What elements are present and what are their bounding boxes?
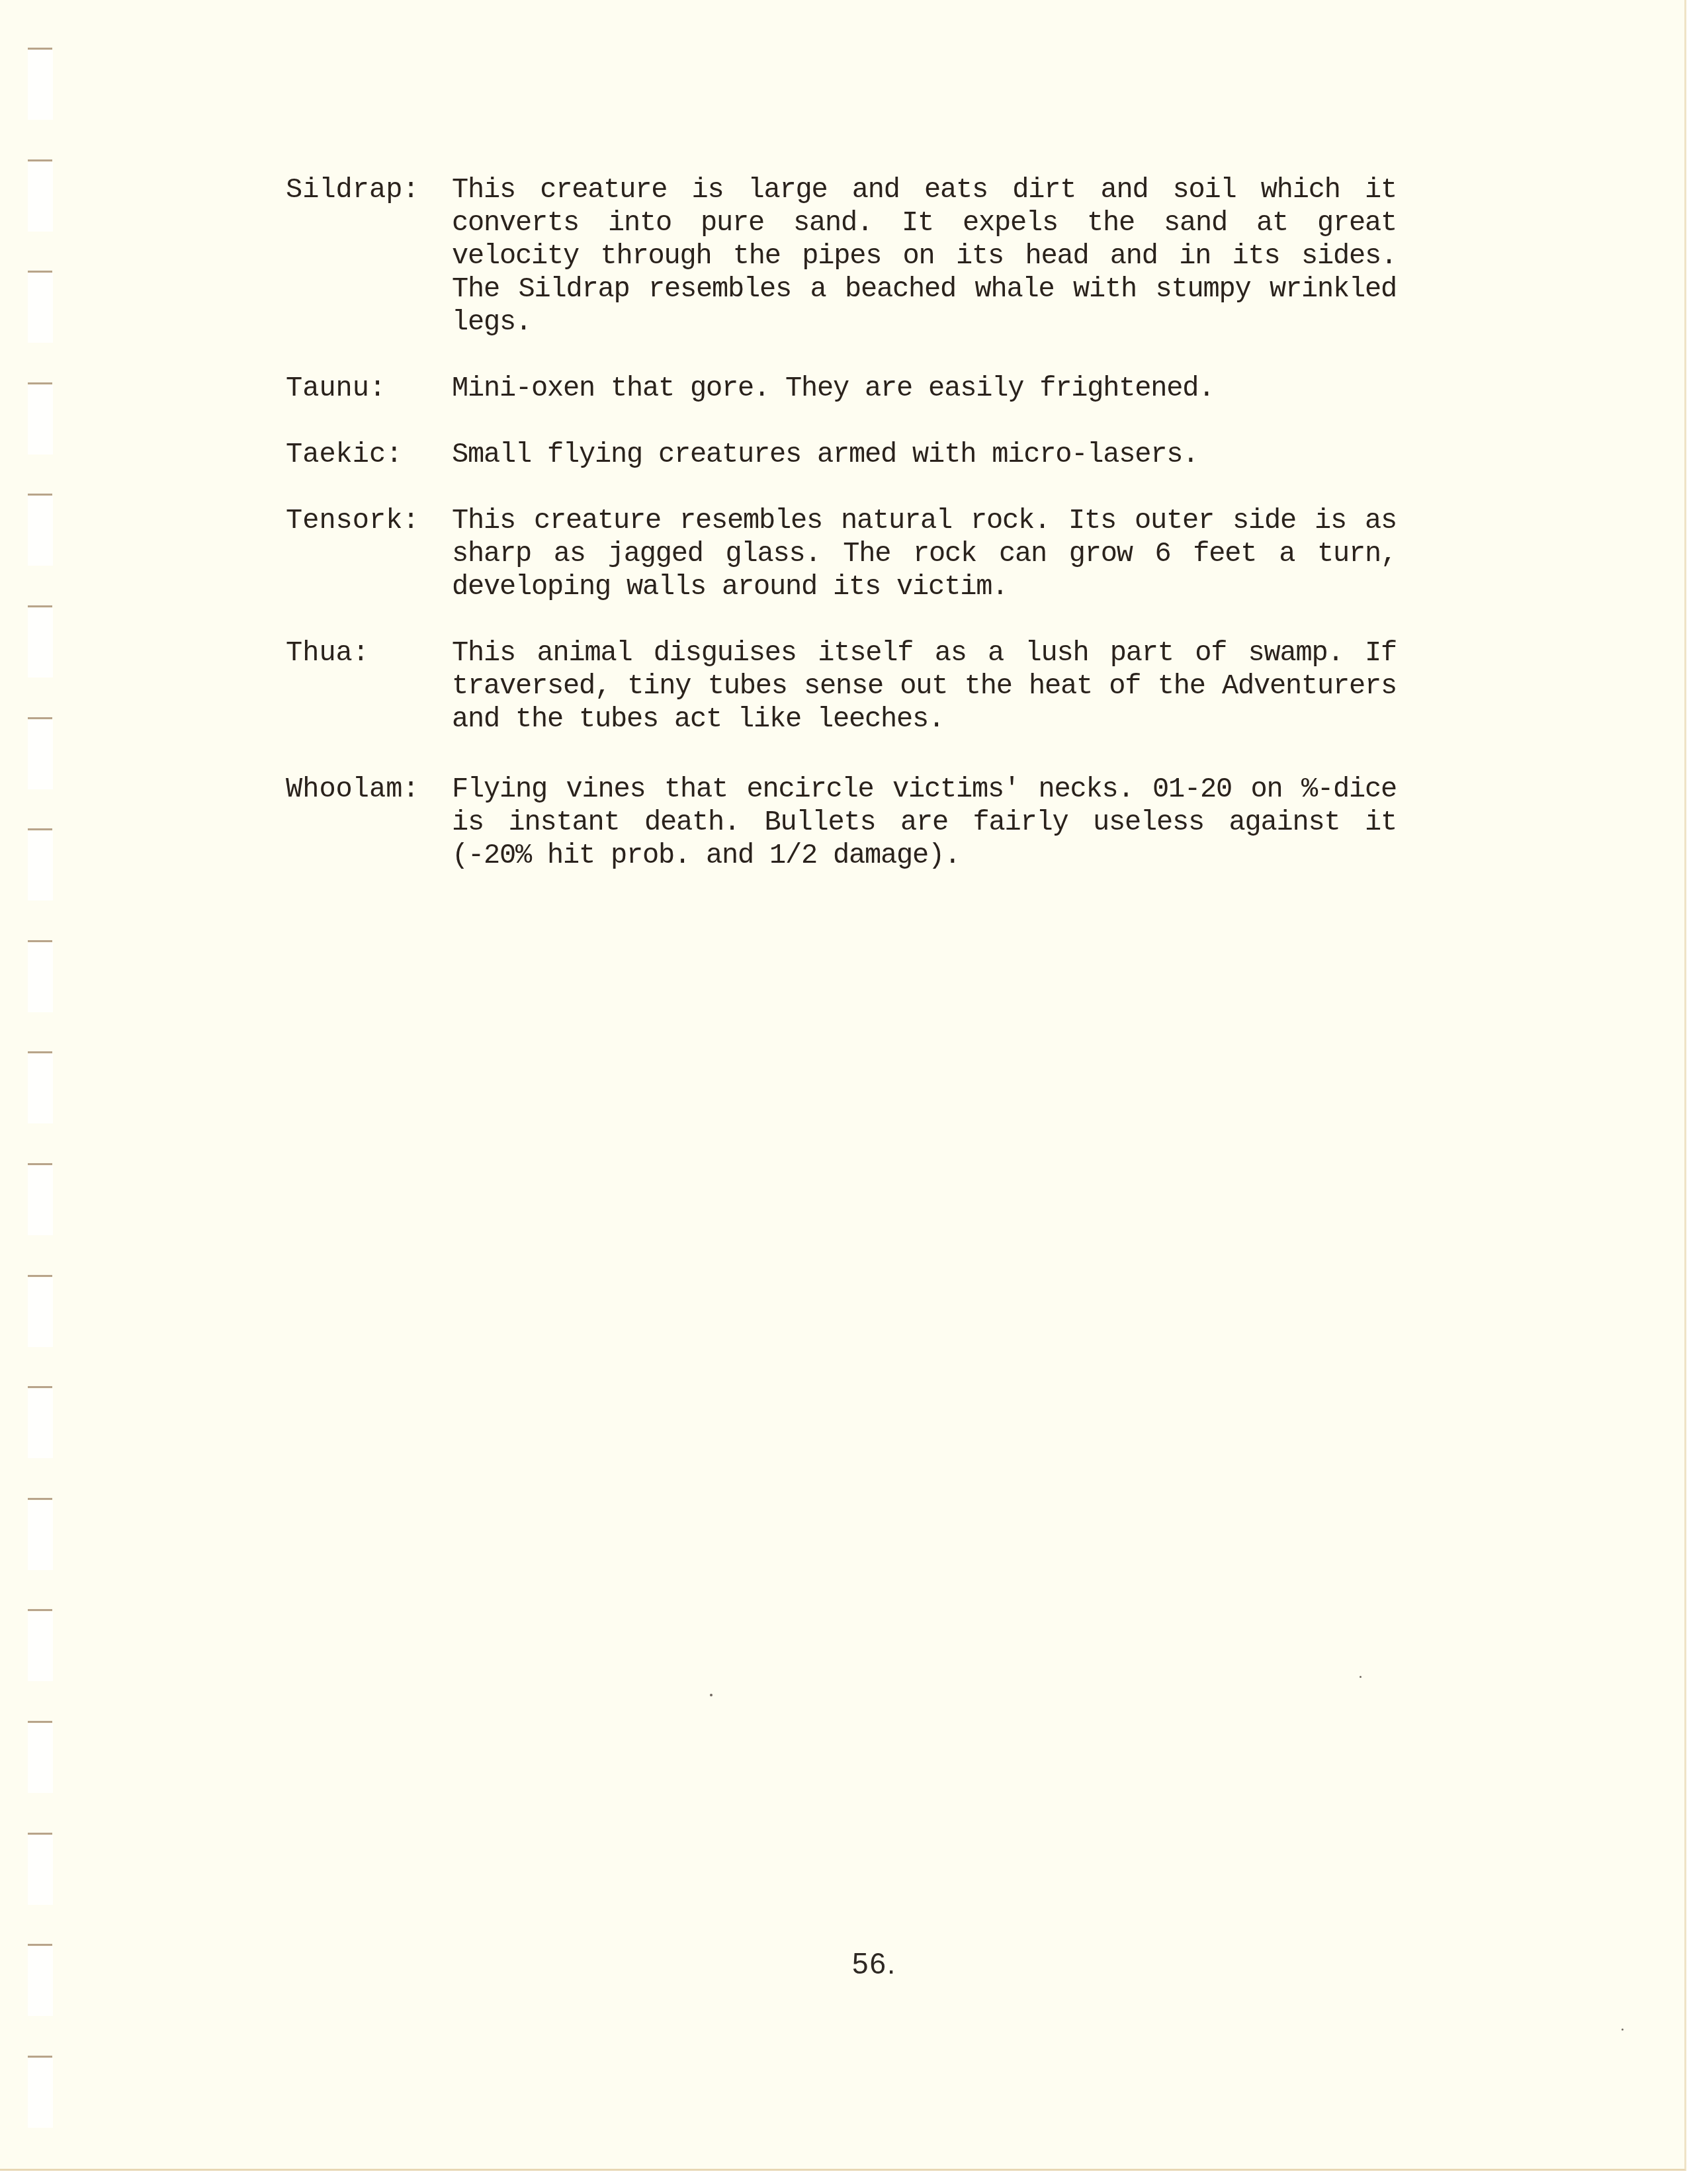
margin-strip: [28, 1724, 53, 1793]
glossary-term: Taunu:: [286, 372, 386, 405]
margin-tick: [28, 1833, 52, 1835]
binder-margin-ticks: [0, 0, 79, 2169]
margin-strip: [28, 720, 53, 789]
margin-strip: [28, 1835, 53, 1905]
scanned-page: Sildrap: This creature is large and eats…: [0, 0, 1686, 2171]
margin-tick: [28, 940, 52, 942]
margin-strip: [28, 273, 53, 343]
glossary-description: Flying vines that encircle victims' neck…: [452, 773, 1397, 872]
glossary-description: Mini-oxen that gore. They are easily fri…: [452, 372, 1397, 405]
margin-tick: [28, 1163, 52, 1165]
margin-strip: [28, 1501, 53, 1570]
glossary-description: This creature is large and eats dirt and…: [452, 173, 1397, 339]
margin-tick: [28, 494, 52, 496]
margin-strip: [28, 1054, 53, 1123]
margin-strip: [28, 608, 53, 677]
margin-tick: [28, 1721, 52, 1723]
margin-tick: [28, 828, 52, 830]
margin-tick: [28, 159, 52, 161]
scan-speck: [1622, 2029, 1623, 2031]
margin-strip: [28, 943, 53, 1012]
margin-strip: [28, 1612, 53, 1681]
margin-tick: [28, 1944, 52, 1946]
margin-strip: [28, 1946, 53, 2016]
scan-speck: [710, 1694, 713, 1696]
scan-speck: [1360, 1676, 1362, 1678]
margin-tick: [28, 382, 52, 384]
margin-tick: [28, 1609, 52, 1611]
margin-strip: [28, 162, 53, 232]
margin-tick: [28, 271, 52, 273]
glossary-term: Whoolam:: [286, 773, 419, 806]
glossary-term: Thua:: [286, 636, 369, 670]
margin-tick: [28, 2056, 52, 2058]
glossary-description: This creature resembles natural rock. It…: [452, 504, 1397, 603]
glossary-description: This animal disguises itself as a lush p…: [452, 636, 1397, 736]
glossary-term: Sildrap:: [286, 173, 419, 206]
margin-strip: [28, 1389, 53, 1458]
margin-strip: [28, 496, 53, 566]
margin-tick: [28, 1051, 52, 1053]
margin-strip: [28, 50, 53, 120]
margin-strip: [28, 385, 53, 455]
margin-tick: [28, 1275, 52, 1277]
margin-strip: [28, 1166, 53, 1235]
margin-tick: [28, 1498, 52, 1500]
glossary-term: Taekic:: [286, 438, 402, 471]
margin-strip: [28, 2058, 53, 2128]
glossary-term: Tensork:: [286, 504, 419, 537]
page-number: 56.: [852, 1948, 896, 1981]
margin-strip: [28, 831, 53, 900]
margin-tick: [28, 717, 52, 719]
margin-strip: [28, 1278, 53, 1347]
margin-tick: [28, 1386, 52, 1388]
margin-tick: [28, 48, 52, 50]
glossary-description: Small flying creatures armed with micro-…: [452, 438, 1397, 471]
margin-tick: [28, 605, 52, 607]
